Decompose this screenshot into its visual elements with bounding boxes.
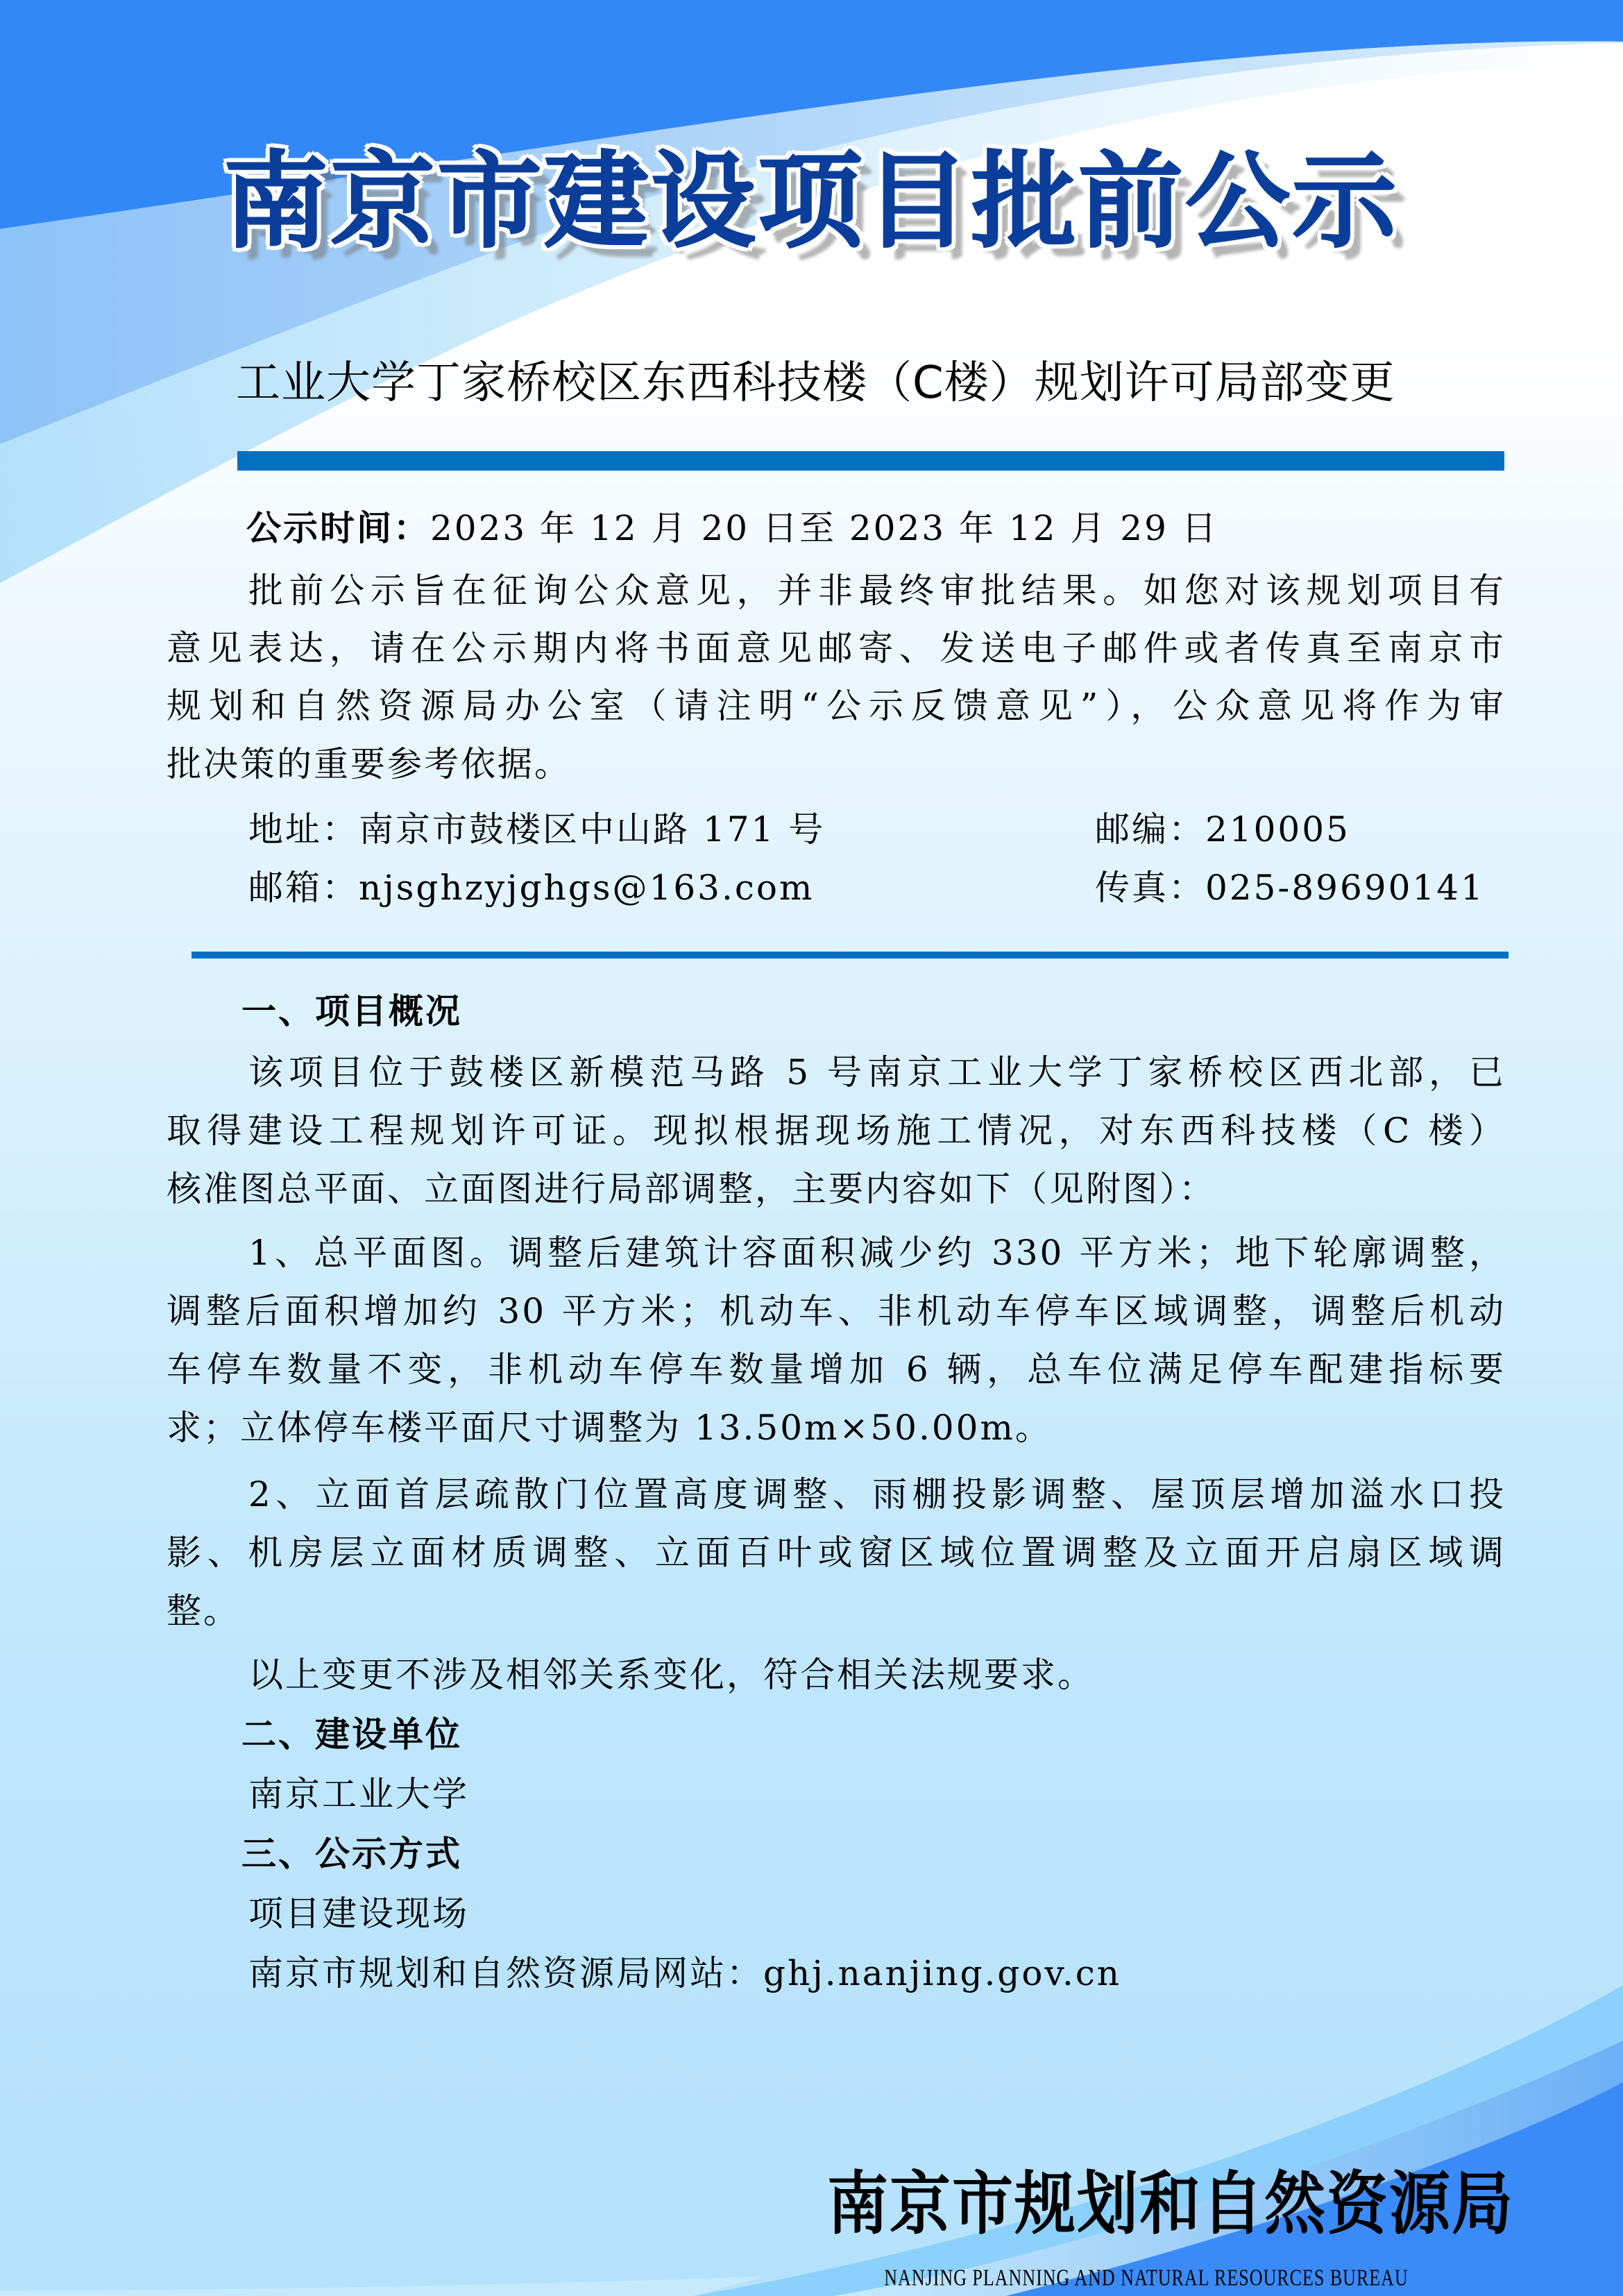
intro-line: 批前公示旨在征询公众意见，并非最终审批结果。如您对该规划项目有 bbox=[248, 573, 1506, 608]
section-heading-builder: 二、建设单位 bbox=[241, 1717, 462, 1752]
item2-line: 影、机房层立面材质调整、立面百叶或窗区域位置调整及立面开启扇区域调 bbox=[167, 1535, 1506, 1570]
item2-line: 2、立面首层疏散门位置高度调整、雨棚投影调整、屋顶层增加溢水口投 bbox=[248, 1477, 1506, 1512]
project-subtitle: 工业大学丁家桥校区东西科技楼（C楼）规划许可局部变更 bbox=[236, 361, 1395, 405]
item1-line: 车停车数量不变，非机动车停车数量增加 6 辆，总车位满足停车配建指标要 bbox=[167, 1352, 1506, 1387]
notice-period: 公示时间：2023 年 12 月 20 日至 2023 年 12 月 29 日 bbox=[246, 511, 1218, 546]
contact-email: 邮箱：njsghzyjghgs@163.com bbox=[248, 870, 814, 905]
address-label: 地址： bbox=[248, 809, 359, 850]
section-heading-method: 三、公示方式 bbox=[241, 1837, 462, 1871]
method-item-website[interactable]: 南京市规划和自然资源局网站：ghj.nanjing.gov.cn bbox=[248, 1956, 1121, 1991]
contact-postcode: 邮编：210005 bbox=[1095, 812, 1350, 847]
address-value: 南京市鼓楼区中山路 171 号 bbox=[359, 809, 825, 850]
footer-org-name-cn: 南京市规划和自然资源局 bbox=[827, 2169, 1514, 2238]
notice-period-value: 2023 年 12 月 20 日至 2023 年 12 月 29 日 bbox=[430, 508, 1218, 548]
item1-line: 1、总平面图。调整后建筑计容面积减少约 330 平方米；地下轮廓调整， bbox=[248, 1235, 1506, 1270]
contact-fax: 传真：025-89690141 bbox=[1095, 870, 1485, 905]
title-divider bbox=[237, 451, 1504, 471]
overview-line: 该项目位于鼓楼区新模范马路 5 号南京工业大学丁家桥校区西北部，已 bbox=[248, 1055, 1506, 1090]
postcode-value: 210005 bbox=[1205, 809, 1350, 850]
item1-line: 求；立体停车楼平面尺寸调整为 13.50m×50.00m。 bbox=[167, 1410, 1052, 1445]
item2-line: 整。 bbox=[167, 1594, 240, 1628]
overview-conclusion: 以上变更不涉及相邻关系变化，符合相关法规要求。 bbox=[248, 1657, 1094, 1692]
section-divider bbox=[192, 952, 1509, 959]
item1-line: 调整后面积增加约 30 平方米；机动车、非机动车停车区域调整，调整后机动 bbox=[167, 1294, 1506, 1328]
fax-value: 025-89690141 bbox=[1205, 868, 1485, 908]
email-value[interactable]: njsghzyjghgs@163.com bbox=[359, 868, 814, 908]
email-label: 邮箱： bbox=[248, 868, 359, 908]
main-title: 南京市建设项目批前公示 bbox=[0, 149, 1623, 253]
intro-line: 规划和自然资源局办公室（请注明“公示反馈意见”），公众意见将作为审 bbox=[167, 689, 1506, 723]
postcode-label: 邮编： bbox=[1095, 809, 1205, 850]
overview-line: 取得建设工程规划许可证。现拟根据现场施工情况，对东西科技楼（C 楼） bbox=[167, 1113, 1506, 1148]
method-item: 项目建设现场 bbox=[248, 1896, 469, 1931]
intro-line: 批决策的重要参考依据。 bbox=[167, 747, 571, 782]
intro-line: 意见表达，请在公示期内将书面意见邮寄、发送电子邮件或者传真至南京市 bbox=[167, 631, 1506, 666]
section-heading-overview: 一、项目概况 bbox=[241, 994, 462, 1029]
footer-org-name-en: NANJING PLANNING AND NATURAL RESOURCES B… bbox=[799, 2266, 1493, 2290]
fax-label: 传真： bbox=[1095, 868, 1205, 908]
builder-name: 南京工业大学 bbox=[248, 1777, 469, 1812]
contact-address: 地址：南京市鼓楼区中山路 171 号 bbox=[248, 812, 825, 847]
notice-document: 南京市建设项目批前公示 工业大学丁家桥校区东西科技楼（C楼）规划许可局部变更 公… bbox=[0, 0, 1623, 2296]
overview-line: 核准图总平面、立面图进行局部调整，主要内容如下（见附图）： bbox=[167, 1172, 1216, 1206]
notice-period-label: 公示时间： bbox=[246, 508, 430, 548]
